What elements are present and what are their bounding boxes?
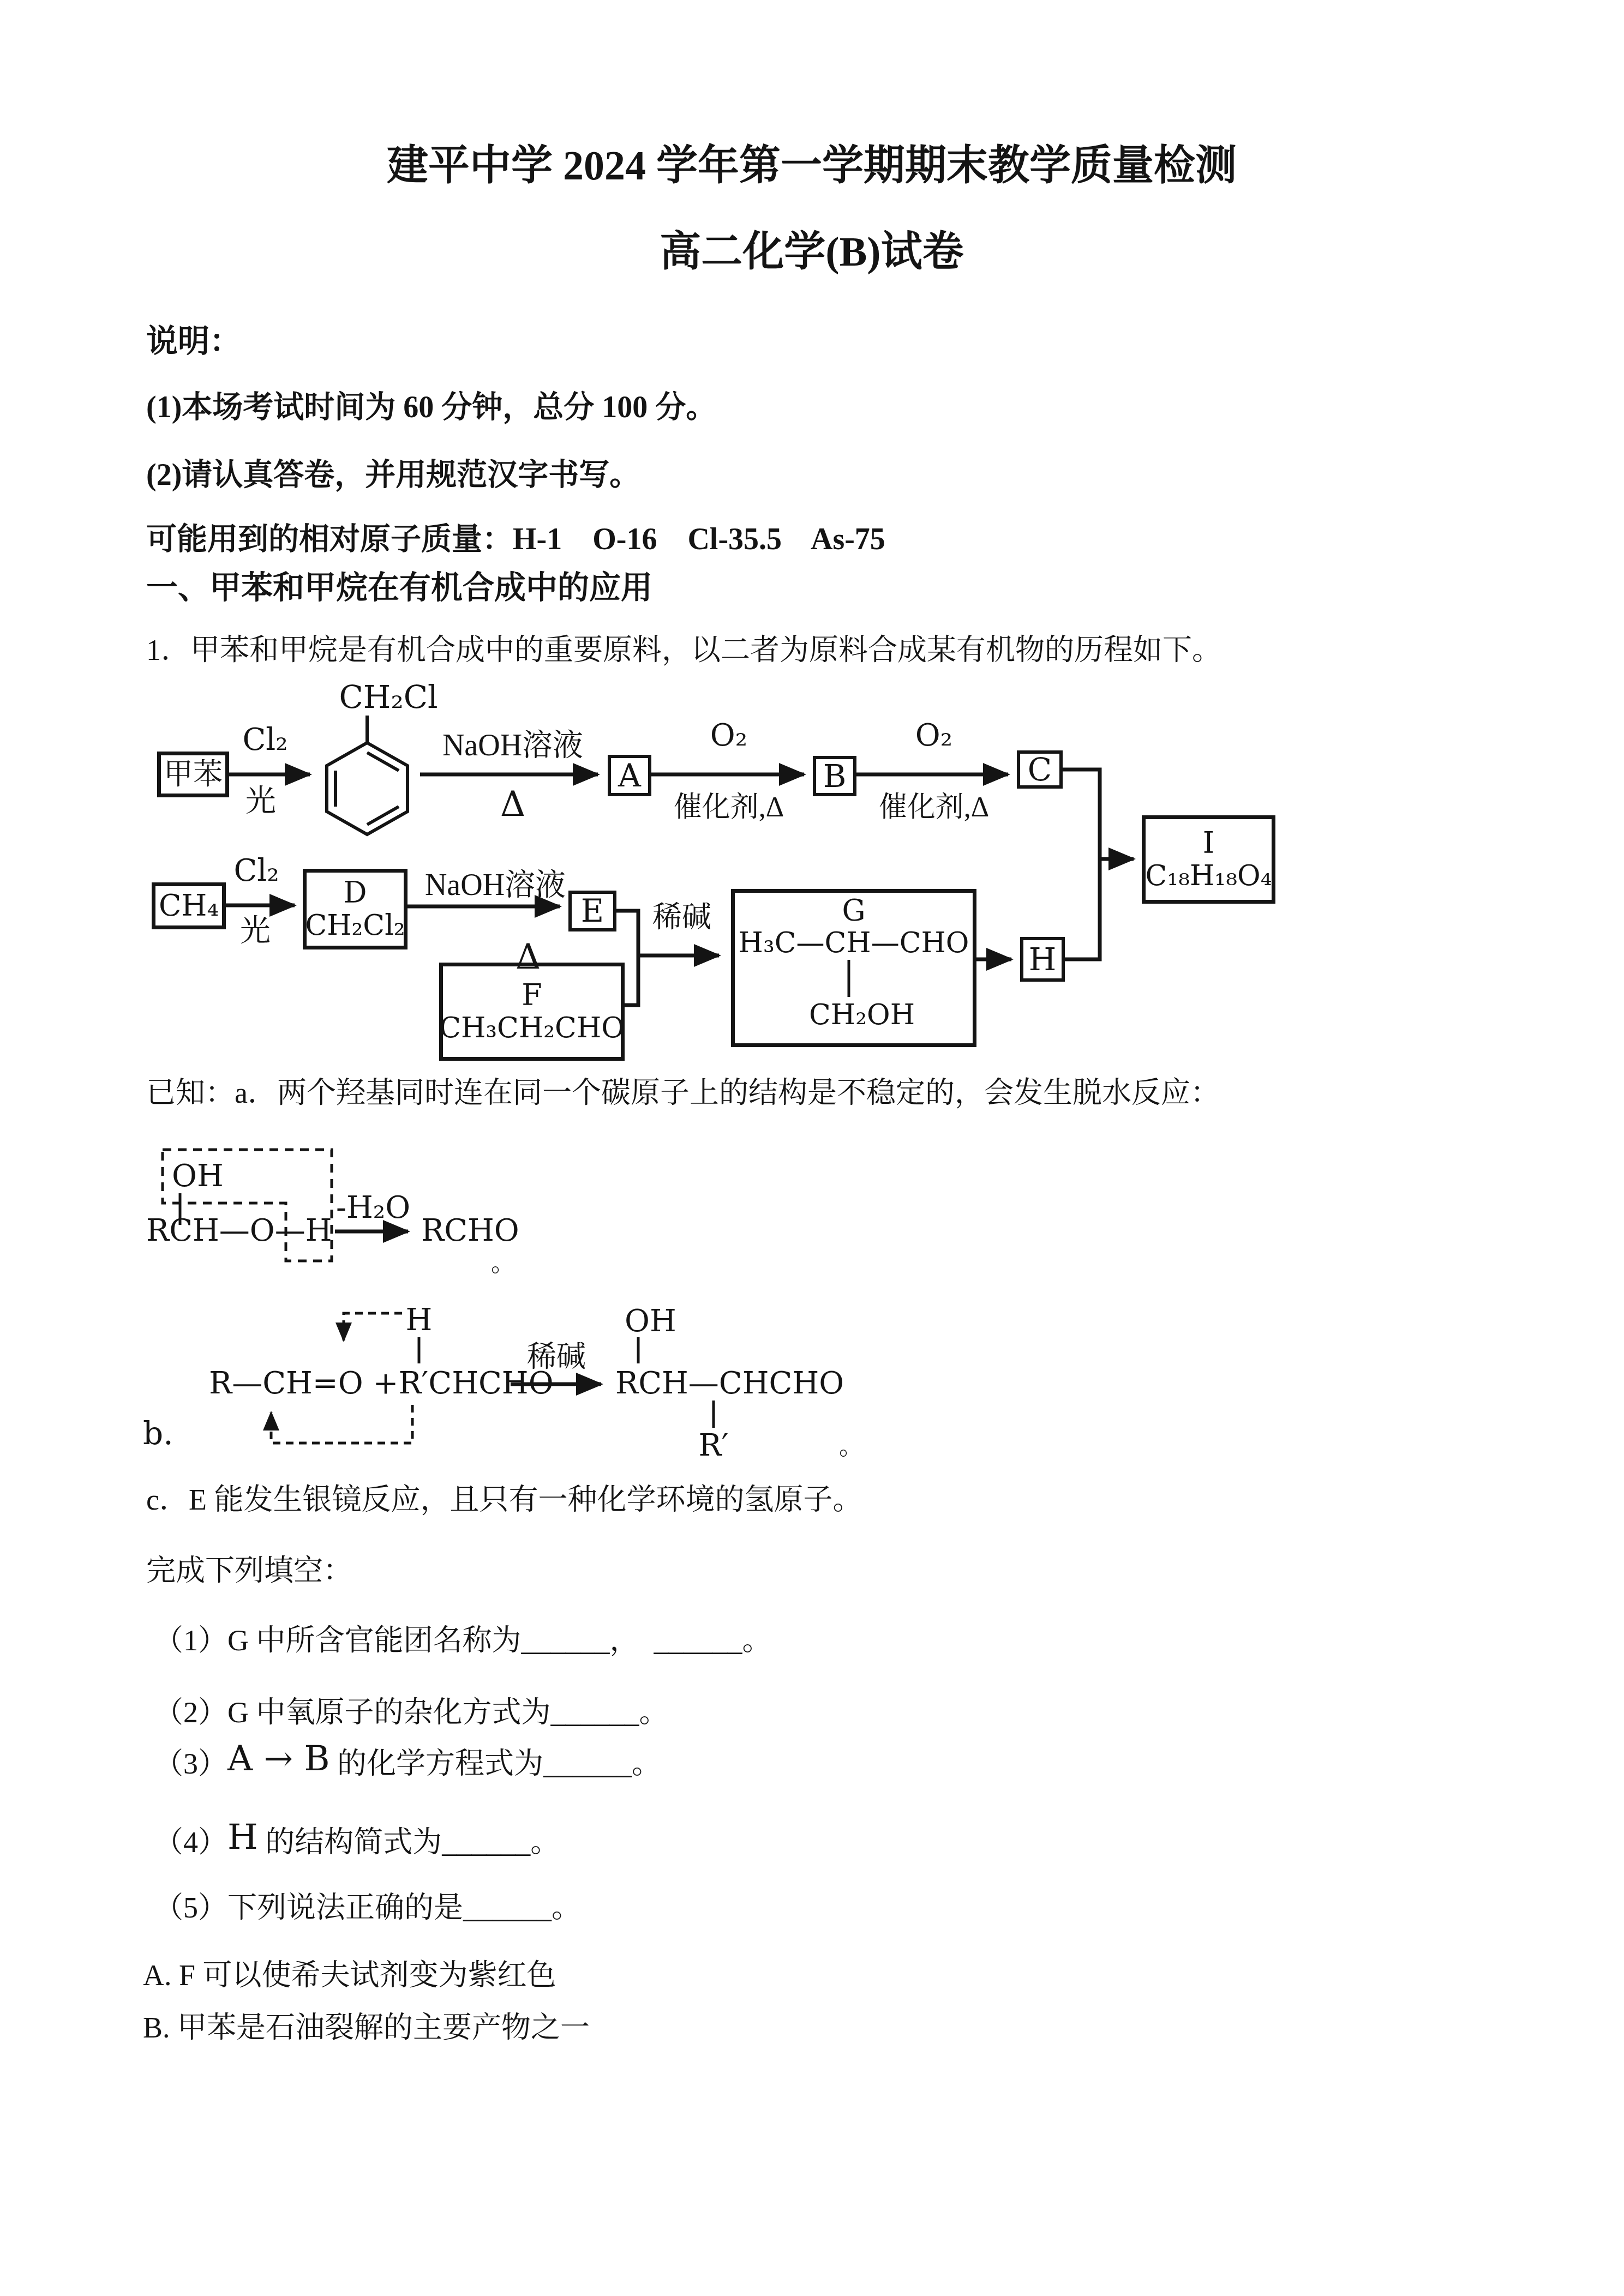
rxn-b-reactants: R—CH=O +R′CHCHO: [209, 1367, 554, 1401]
box-f: F CH₃CH₂CHO: [439, 963, 625, 1061]
box-h-label: H: [1029, 941, 1057, 978]
rxn-a-reactant: RCH—O—H: [146, 1214, 332, 1248]
note-item-2: (2)请认真答卷，并用规范汉字书写。: [146, 458, 640, 492]
rxn-a-product: RCHO: [421, 1214, 519, 1248]
question-4: （4）H 的结构简式为______。: [154, 1822, 560, 1861]
box-g-label: G: [842, 894, 865, 927]
catalyst-label-1: 催化剂,Δ: [674, 792, 784, 824]
question-3-formula: A → B: [227, 1739, 330, 1779]
diagram-lines: [0, 0, 1624, 2296]
notes-label: 说明：: [146, 324, 241, 359]
box-i-formula: C₁₈H₁₈O₄: [1146, 860, 1272, 893]
box-a-label: A: [618, 758, 641, 794]
question-4-formula: H: [227, 1817, 258, 1858]
delta-label-top: Δ: [500, 785, 525, 825]
o2-label-1: O₂: [710, 719, 747, 753]
box-d-formula: CH₂Cl₂: [305, 910, 405, 942]
box-i: I C₁₈H₁₈O₄: [1142, 815, 1275, 904]
question-2: （2）G 中氧原子的杂化方式为______。: [154, 1696, 669, 1729]
naoh-label-bottom: NaOH溶液: [425, 868, 566, 903]
known-c-text: c．E 能发生银镜反应，且只有一种化学环境的氢原子。: [146, 1483, 862, 1516]
known-a-text: 已知：a．两个羟基同时连在同一个碳原子上的结构是不稳定的，会发生脱水反应：: [146, 1077, 1220, 1109]
rxn-b-period: 。: [839, 1433, 863, 1460]
box-ch4: CH₄: [152, 882, 226, 929]
question-3-prefix: （3）: [154, 1747, 227, 1780]
box-e-label: E: [581, 893, 604, 929]
cl2-label-top: Cl₂: [242, 723, 287, 758]
box-b-label: B: [823, 758, 847, 795]
rxn-a-minus-h2o: -H₂O: [336, 1191, 410, 1225]
box-f-label: F: [522, 978, 542, 1012]
box-b: B: [813, 756, 856, 796]
question-5: （5）下列说法正确的是______。: [154, 1891, 581, 1924]
rxn-b-dilute-base: 稀碱: [527, 1341, 586, 1373]
naoh-label-top: NaOH溶液: [442, 729, 583, 763]
box-g-formula-sub: CH₂OH: [809, 999, 915, 1031]
questions-prompt: 完成下列填空：: [146, 1554, 352, 1587]
box-ch4-label: CH₄: [159, 889, 219, 923]
question-3-suffix: 的化学方程式为______。: [330, 1747, 662, 1780]
question1-intro: 1．甲苯和甲烷是有机合成中的重要原料，以二者为原料合成某有机物的历程如下。: [146, 634, 1221, 666]
rxn-b-r-prime: R′: [699, 1429, 729, 1463]
rxn-a-period: 。: [491, 1250, 515, 1277]
delta-label-bottom: Δ: [516, 938, 541, 977]
box-a: A: [608, 755, 651, 796]
box-e: E: [568, 891, 616, 931]
catalyst-label-2: 催化剂,Δ: [879, 792, 989, 824]
box-f-formula: CH₃CH₂CHO: [439, 1012, 625, 1045]
note-item-1: (1)本场考试时间为 60 分钟，总分 100 分。: [146, 390, 716, 425]
cl2-label-bottom: Cl₂: [233, 854, 279, 888]
rxn-b-h: H: [406, 1303, 433, 1338]
option-b: B. 甲苯是石油裂解的主要产物之一: [143, 2011, 590, 2044]
box-c: C: [1017, 750, 1063, 789]
dilute-base-label: 稀碱: [652, 901, 711, 934]
exam-page: 建平中学 2024 学年第一学期期末教学质量检测 高二化学(B)试卷 说明： (…: [0, 0, 1624, 2296]
box-d-label: D: [343, 876, 367, 910]
question-4-suffix: 的结构简式为______。: [258, 1826, 560, 1859]
page-subtitle: 高二化学(B)试卷: [660, 229, 963, 275]
box-toluene: 甲苯: [157, 752, 229, 797]
question-3: （3）A → B 的化学方程式为______。: [154, 1743, 661, 1782]
rxn-b-oh: OH: [625, 1305, 676, 1339]
atomic-masses-line: 可能用到的相对原子质量：H-1 O-16 Cl-35.5 As-75: [146, 522, 885, 557]
box-i-label: I: [1203, 826, 1214, 860]
section-heading: 一、甲苯和甲烷在有机合成中的应用: [146, 570, 652, 606]
box-g-formula-main: H₃C—CH—CHO: [739, 927, 969, 959]
box-toluene-label: 甲苯: [164, 758, 223, 791]
light-label-top: 光: [245, 784, 276, 819]
rxn-b-label: b.: [143, 1416, 173, 1451]
box-h: H: [1020, 937, 1065, 982]
question-1: （1）G 中所含官能团名称为______， ______。: [154, 1624, 772, 1657]
option-a: A. F 可以使希夫试剂变为紫红色: [143, 1959, 556, 1992]
question-4-prefix: （4）: [154, 1826, 227, 1859]
light-label-bottom: 光: [240, 914, 271, 948]
page-title: 建平中学 2024 学年第一学期期末教学质量检测: [387, 143, 1237, 189]
box-d: D CH₂Cl₂: [303, 869, 408, 949]
benzene-ring: [327, 716, 408, 834]
box-c-label: C: [1028, 752, 1052, 788]
ch2cl-label: CH₂Cl: [339, 680, 438, 715]
o2-label-2: O₂: [915, 719, 952, 753]
rxn-a-oh: OH: [172, 1159, 224, 1194]
rxn-b-product: RCH—CHCHO: [615, 1367, 844, 1401]
